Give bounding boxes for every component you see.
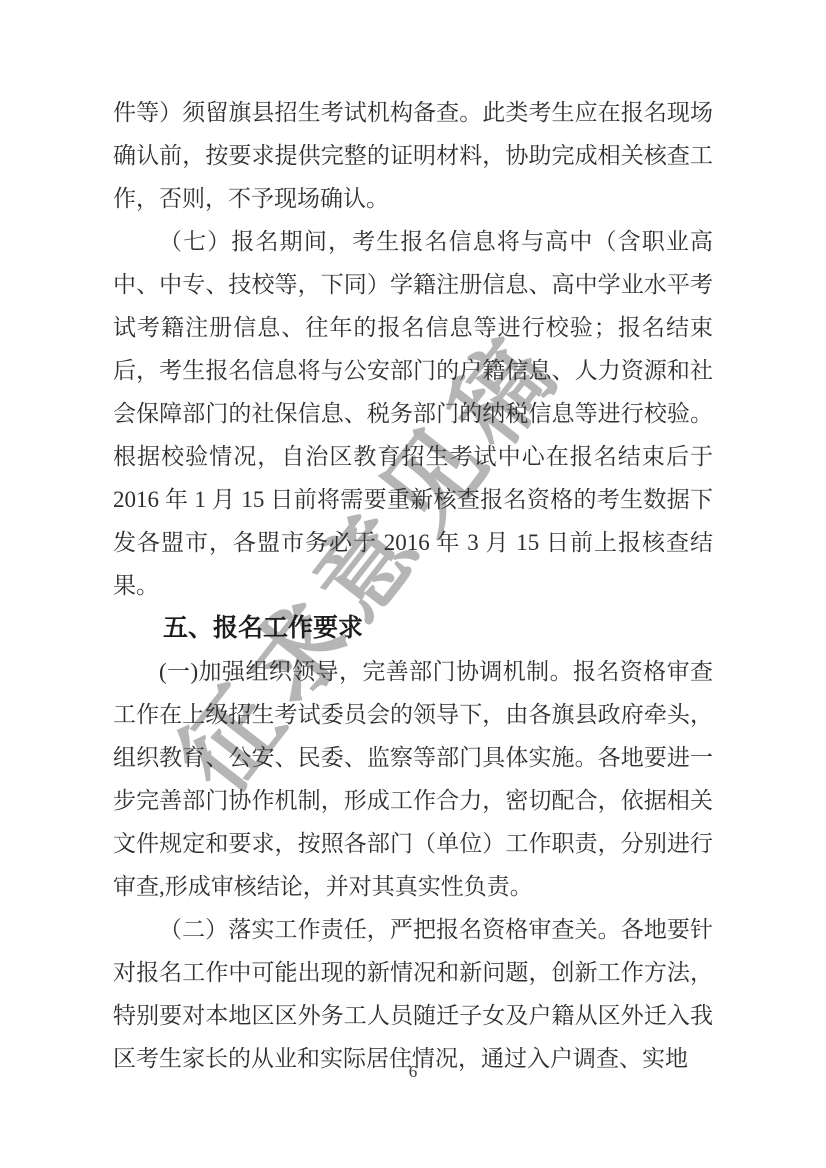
document-page: 征求意见稿 件等）须留旗县招生考试机构备查。此类考生应在报名现场确认前，按要求提…: [0, 0, 826, 1168]
paragraph: 件等）须留旗县招生考试机构备查。此类考生应在报名现场确认前，按要求提供完整的证明…: [113, 91, 713, 220]
document-content: 件等）须留旗县招生考试机构备查。此类考生应在报名现场确认前，按要求提供完整的证明…: [113, 91, 713, 1080]
paragraph: （二）落实工作责任，严把报名资格审查关。各地要针对报名工作中可能出现的新情况和新…: [113, 908, 713, 1080]
page-number: 6: [0, 1062, 826, 1082]
section-heading: 五、报名工作要求: [113, 607, 713, 650]
paragraph: （七）报名期间，考生报名信息将与高中（含职业高中、中专、技校等，下同）学籍注册信…: [113, 220, 713, 607]
paragraph: (一)加强组织领导，完善部门协调机制。报名资格审查工作在上级招生考试委员会的领导…: [113, 650, 713, 908]
